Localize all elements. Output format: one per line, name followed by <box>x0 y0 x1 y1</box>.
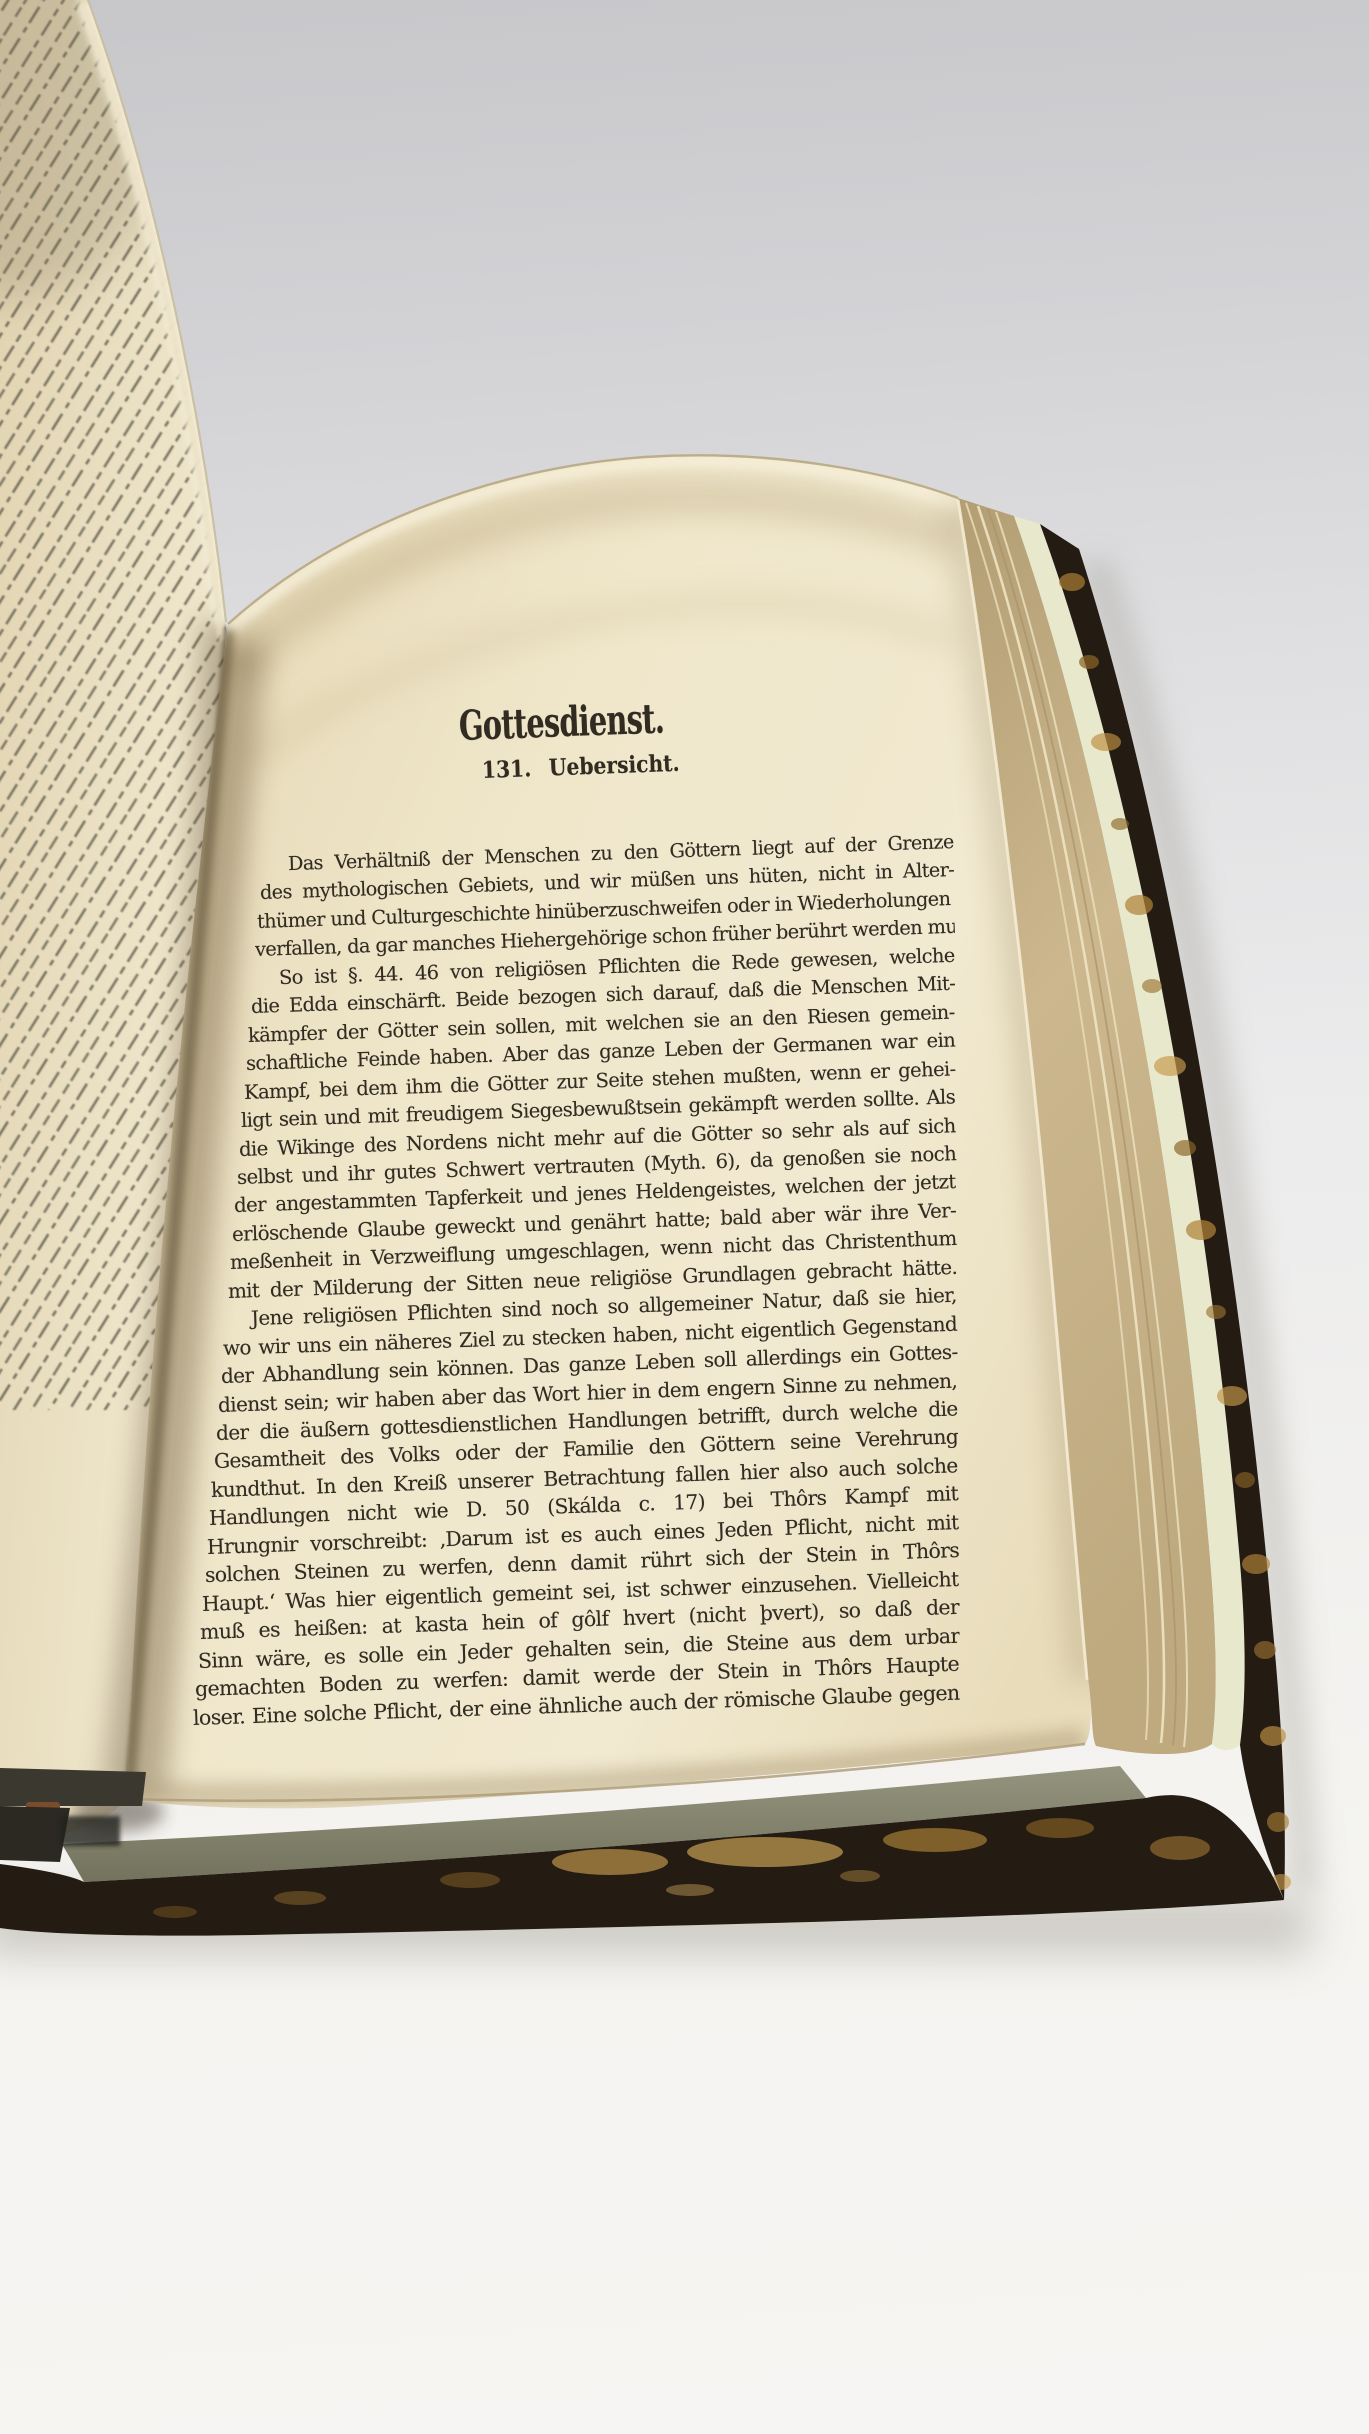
photo-of-open-book: Gottesdienst. 131.Uebersicht. Das Verhäl… <box>0 0 1369 2434</box>
book <box>0 0 1369 2434</box>
right-page <box>127 455 1091 1808</box>
